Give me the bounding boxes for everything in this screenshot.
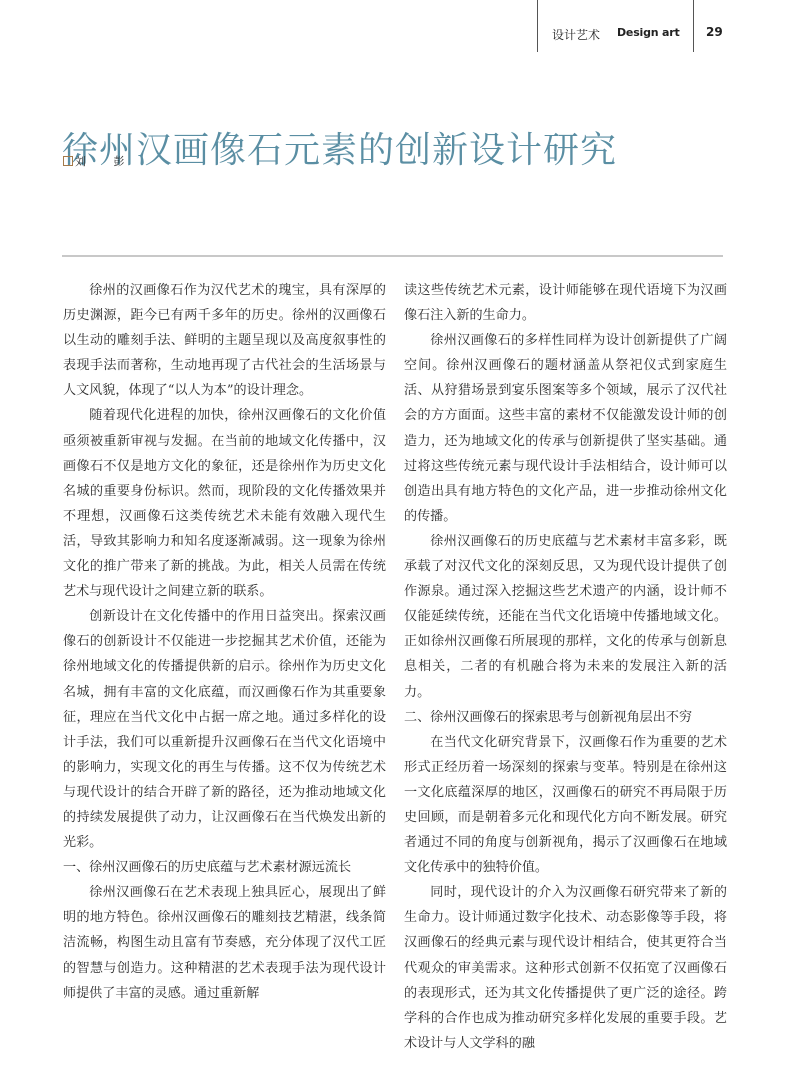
paragraph: 在当代文化研究背景下，汉画像石作为重要的艺术形式正经历着一场深刻的探索与变革。特… — [404, 730, 727, 881]
paragraph: 创新设计在文化传播中的作用日益突出。探索汉画像石的创新设计不仅能进一步挖掘其艺术… — [63, 604, 386, 855]
paragraph: 随着现代化进程的加快，徐州汉画像石的文化价值亟须被重新审视与发掘。在当前的地域文… — [63, 403, 386, 604]
body-column-left: 徐州的汉画像石作为汉代艺术的瑰宝，具有深厚的历史渊源，距今已有两千多年的历史。徐… — [63, 278, 386, 1006]
paragraph: 徐州汉画像石的历史底蕴与艺术素材丰富多彩，既承载了对汉代文化的深刻反思，又为现代… — [404, 529, 727, 705]
paragraph: 同时，现代设计的介入为汉画像石研究带来了新的生命力。设计师通过数字化技术、动态影… — [404, 880, 727, 1056]
author-name: 刘 彭 — [75, 155, 137, 168]
running-header: 设计艺术 Design art 29 — [0, 0, 785, 60]
paragraph: 徐州汉画像石的多样性同样为设计创新提供了广阔空间。徐州汉画像石的题材涵盖从祭祀仪… — [404, 328, 727, 529]
paragraph-continued: 读这些传统艺术元素，设计师能够在现代语境下为汉画像石注入新的生命力。 — [404, 278, 727, 328]
section-name-english: Design art — [617, 26, 680, 39]
author-line: 刘 彭 — [63, 153, 137, 169]
section-name-chinese: 设计艺术 — [552, 26, 600, 43]
section-heading: 一、徐州汉画像石的历史底蕴与艺术素材源远流长 — [63, 855, 386, 880]
header-divider-left — [537, 0, 538, 52]
author-marker-icon — [63, 156, 73, 166]
paragraph: 徐州的汉画像石作为汉代艺术的瑰宝，具有深厚的历史渊源，距今已有两千多年的历史。徐… — [63, 278, 386, 403]
article-title: 徐州汉画像石元素的创新设计研究 — [62, 122, 617, 173]
body-column-right: 读这些传统艺术元素，设计师能够在现代语境下为汉画像石注入新的生命力。 徐州汉画像… — [404, 278, 727, 1056]
paragraph: 徐州汉画像石在艺术表现上独具匠心，展现出了鲜明的地方特色。徐州汉画像石的雕刻技艺… — [63, 880, 386, 1005]
page-number: 29 — [706, 25, 723, 39]
title-divider — [62, 255, 723, 257]
section-heading: 二、徐州汉画像石的探索思考与创新视角层出不穷 — [404, 705, 727, 730]
header-divider-right — [693, 0, 694, 52]
